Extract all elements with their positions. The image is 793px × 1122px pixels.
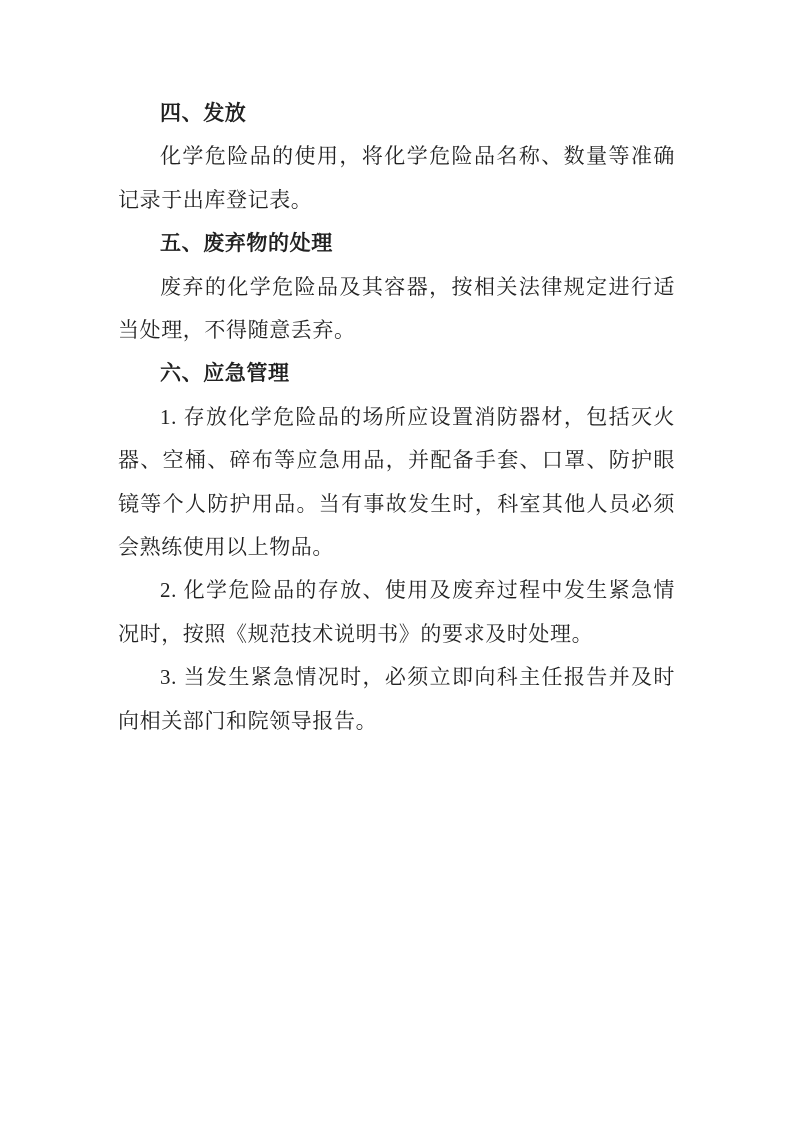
body-paragraph: 化学危险品的使用，将化学危险品名称、数量等准确记录于出库登记表。 <box>118 135 675 222</box>
document-content: 四、发放化学危险品的使用，将化学危险品名称、数量等准确记录于出库登记表。五、废弃… <box>118 92 675 743</box>
body-paragraph: 1. 存放化学危险品的场所应设置消防器材，包括灭火器、空桶、碎布等应急用品，并配… <box>118 396 675 570</box>
section-heading: 六、应急管理 <box>118 352 675 395</box>
section-heading: 五、废弃物的处理 <box>118 222 675 265</box>
section-heading: 四、发放 <box>118 92 675 135</box>
body-paragraph: 2. 化学危险品的存放、使用及废弃过程中发生紧急情况时，按照《规范技术说明书》的… <box>118 569 675 656</box>
document-page: 四、发放化学危险品的使用，将化学危险品名称、数量等准确记录于出库登记表。五、废弃… <box>0 0 793 1122</box>
body-paragraph: 3. 当发生紧急情况时，必须立即向科主任报告并及时向相关部门和院领导报告。 <box>118 656 675 743</box>
body-paragraph: 废弃的化学危险品及其容器，按相关法律规定进行适当处理，不得随意丢弃。 <box>118 266 675 353</box>
